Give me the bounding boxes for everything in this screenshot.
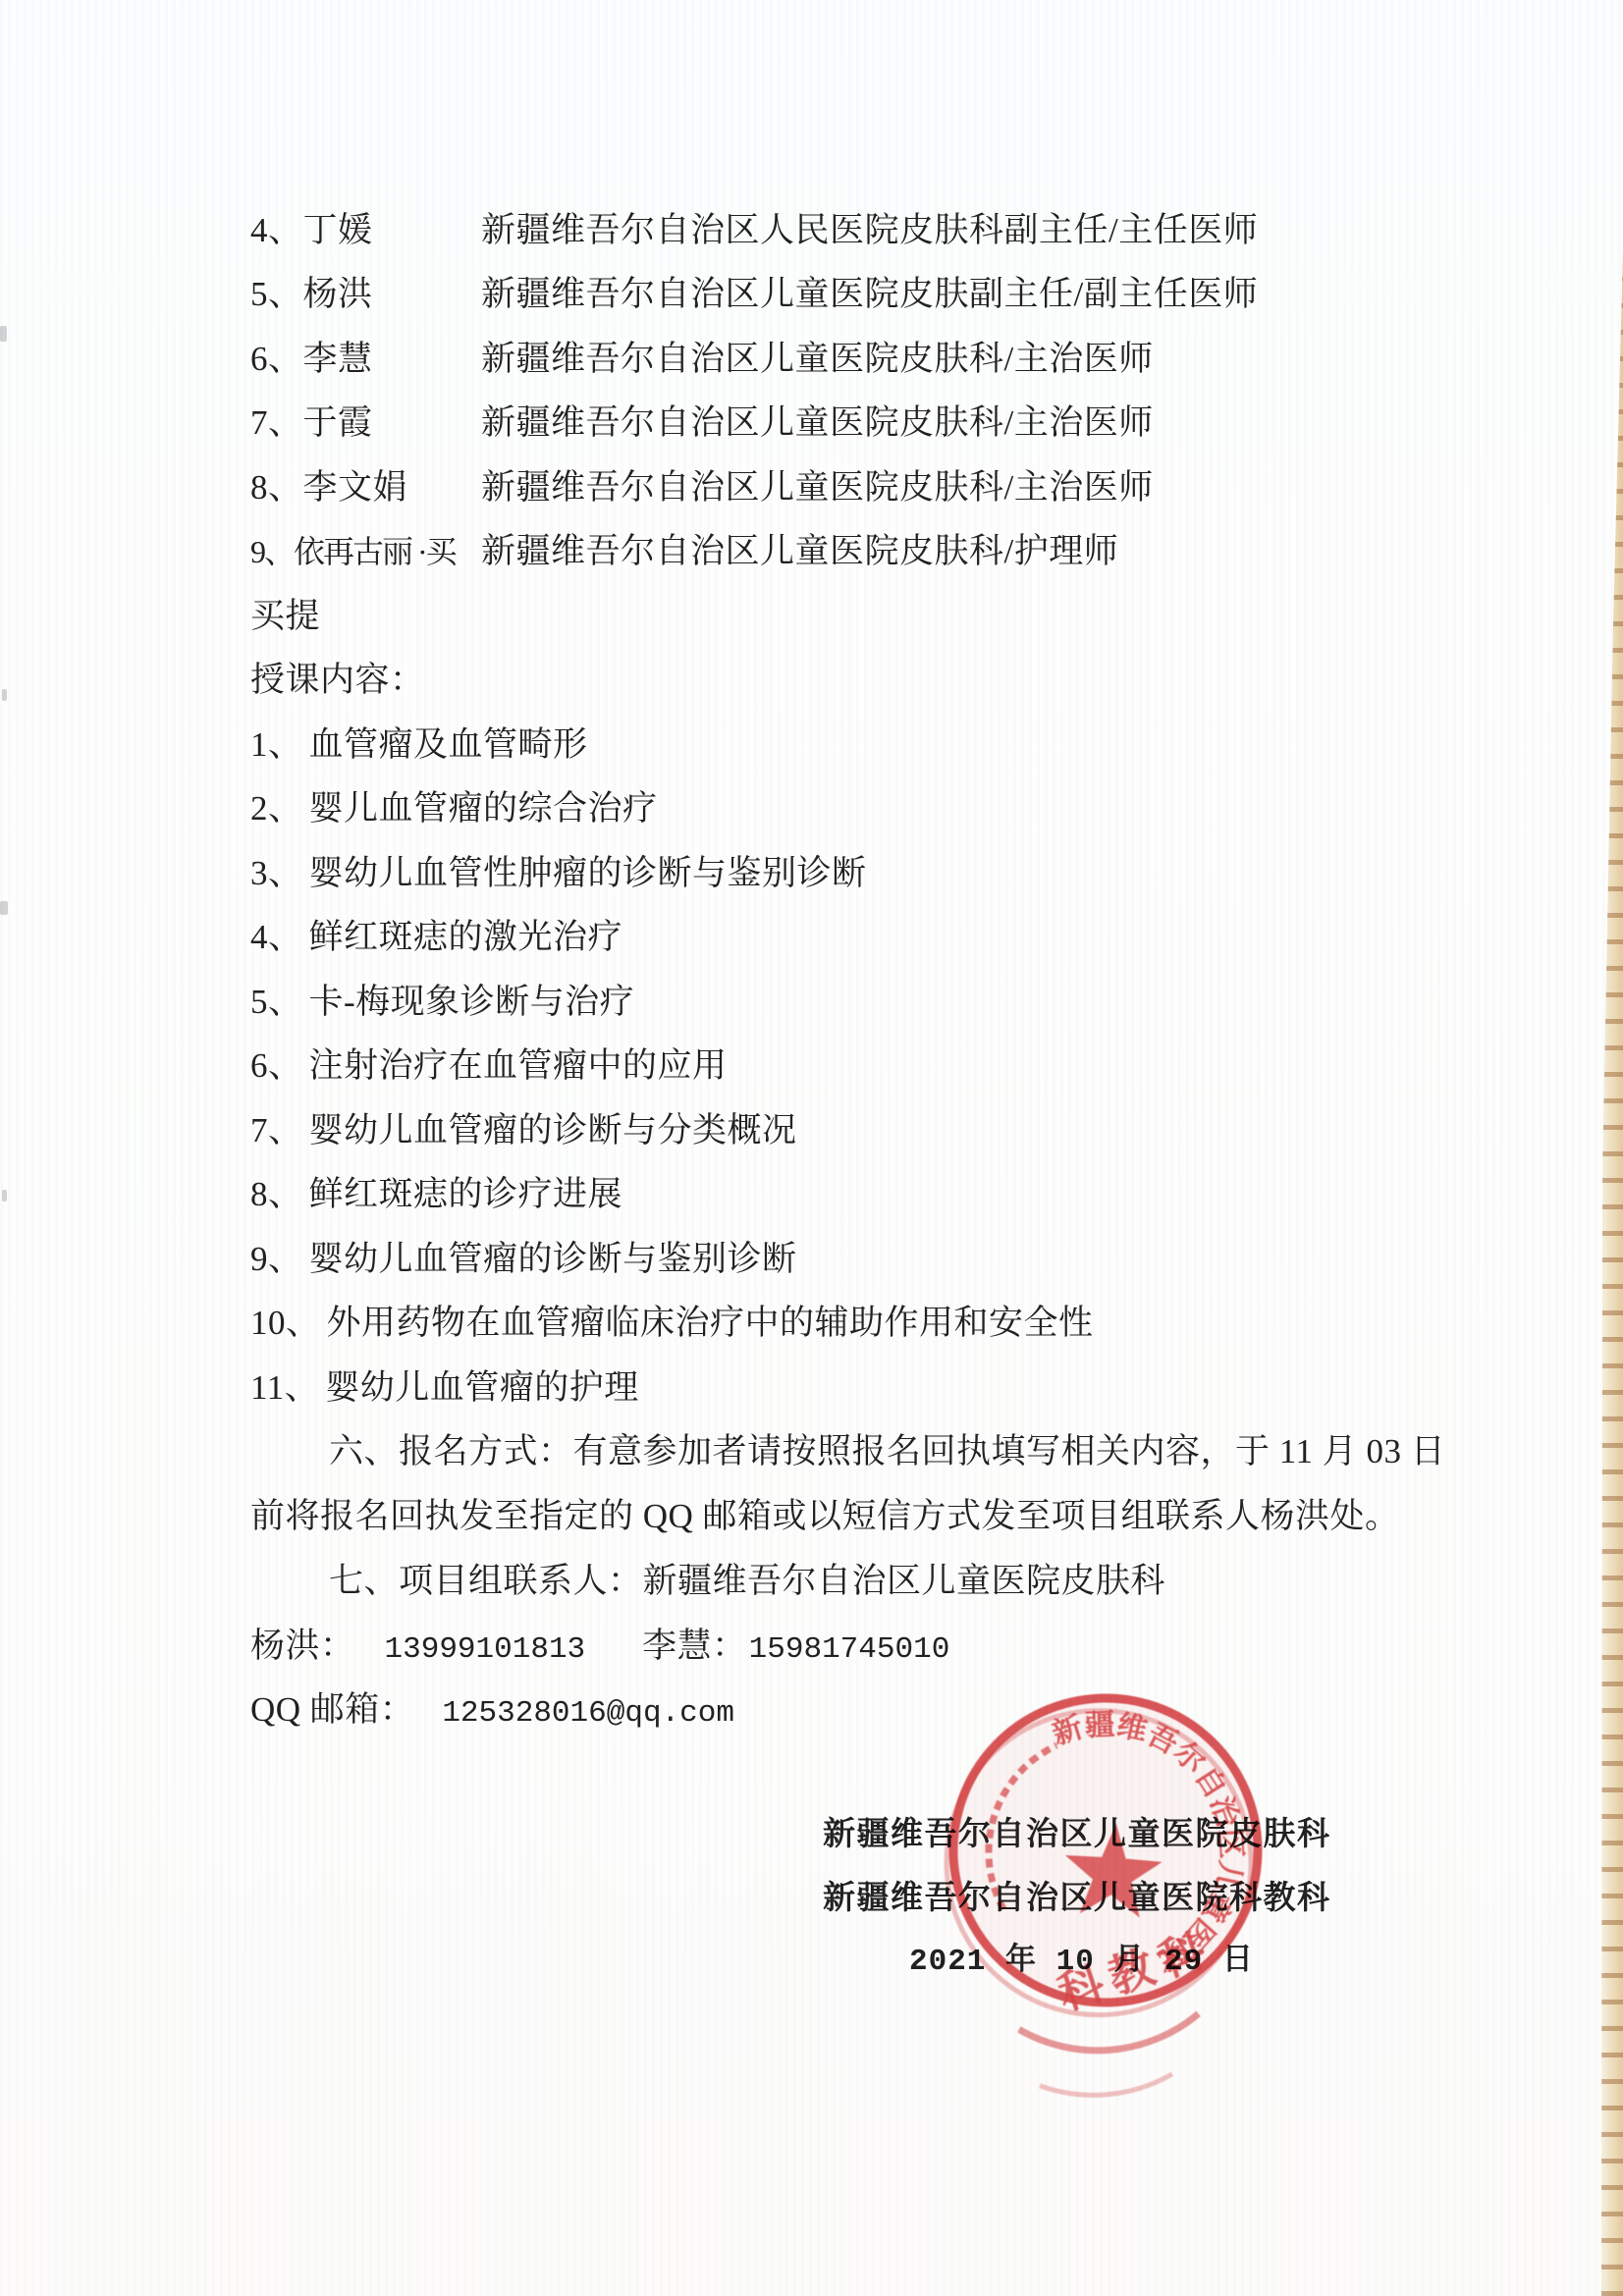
lecturer-affiliation: 新疆维吾尔自治区人民医院皮肤科副主任/主任医师 [481, 211, 1258, 249]
lecturer-name-cell: 5、杨洪 [250, 272, 481, 317]
lecture-item-text: 婴幼儿血管瘤的诊断与鉴别诊断 [309, 1240, 797, 1278]
lecture-item: 10、外用药物在血管瘤临床治疗中的辅助作用和安全性 [250, 1301, 1094, 1346]
lecture-item-number: 2、 [250, 789, 303, 828]
lecture-item-number: 4、 [250, 918, 303, 956]
lecture-item-number: 7、 [250, 1111, 303, 1149]
lecture-item-number: 11、 [250, 1368, 319, 1407]
lecture-item-text: 鲜红斑痣的诊疗进展 [309, 1175, 623, 1213]
lecture-item: 1、血管瘤及血管畸形 [250, 722, 588, 768]
seal-ghost-arc [1040, 2074, 1173, 2101]
lecturer-number: 8、 [250, 468, 303, 507]
lecture-item: 8、鲜红斑痣的诊疗进展 [250, 1172, 622, 1217]
contact-name-label: 李慧： [642, 1627, 747, 1665]
lecturer-row: 4、丁媛新疆维吾尔自治区人民医院皮肤科副主任/主任医师 [250, 208, 1258, 253]
contact-name-label: 杨洪： [250, 1627, 355, 1665]
project-contact-paragraph: 七、项目组联系人：新疆维吾尔自治区儿童医院皮肤科 [329, 1559, 1165, 1604]
lecture-item: 3、婴幼儿血管性肿瘤的诊断与鉴别诊断 [250, 851, 867, 896]
lecturer-row: 6、李慧新疆维吾尔自治区儿童医院皮肤科/主治医师 [250, 337, 1154, 382]
lecture-item-number: 1、 [250, 725, 303, 764]
scan-speck [2, 689, 7, 701]
lecture-item-number: 6、 [250, 1046, 303, 1085]
lecturer-name: 于霞 [303, 403, 373, 442]
lecturer-name-cell: 6、李慧 [250, 337, 481, 382]
lecture-item: 5、卡-梅现象诊断与治疗 [250, 980, 634, 1025]
lecturer-affiliation: 新疆维吾尔自治区儿童医院皮肤副主任/副主任医师 [481, 275, 1258, 313]
signature-department-line: 新疆维吾尔自治区儿童医院科教科 [823, 1876, 1331, 1921]
lecturer-affiliation: 新疆维吾尔自治区儿童医院皮肤科/主治医师 [481, 403, 1154, 442]
lecture-item: 6、注射治疗在血管瘤中的应用 [250, 1043, 728, 1089]
lecturer-name: 李慧 [303, 340, 373, 378]
lecturer-name: 杨洪 [303, 275, 373, 313]
lecturer-name-cell: 8、李文娟 [250, 465, 481, 510]
seal-ghost-arc [1019, 2013, 1201, 2057]
lecture-item-text: 注射治疗在血管瘤中的应用 [309, 1046, 728, 1085]
contact-phone-line: 杨洪：13999101813李慧：15981745010 [250, 1624, 949, 1673]
qq-email-label: QQ 邮箱： [250, 1690, 414, 1729]
lecturer-number: 7、 [250, 403, 303, 442]
lecturer-row: 8、李文娟新疆维吾尔自治区儿童医院皮肤科/主治医师 [250, 465, 1154, 510]
lecture-item-number: 10、 [250, 1304, 321, 1342]
lecturer-number: 6、 [250, 340, 303, 378]
contact-phone-number: 13999101813 [385, 1632, 586, 1667]
signature-department-line: 新疆维吾尔自治区儿童医院皮肤科 [823, 1812, 1331, 1857]
lecture-item-number: 8、 [250, 1175, 303, 1213]
registration-paragraph-line2: 前将报名回执发至指定的 QQ 邮箱或以短信方式发至项目组联系人杨洪处。 [250, 1494, 1400, 1539]
lecture-item-text: 卡-梅现象诊断与治疗 [309, 983, 635, 1021]
lecture-item-text: 外用药物在血管瘤临床治疗中的辅助作用和安全性 [327, 1304, 1094, 1342]
scan-speck [2, 1190, 7, 1201]
lecture-item-text: 婴幼儿血管瘤的诊断与分类概况 [309, 1111, 797, 1149]
lecturer-name-cell: 7、于霞 [250, 400, 481, 446]
scan-speck [0, 326, 7, 342]
lecturer-name: 丁媛 [303, 211, 373, 249]
signature-date: 2021 年 10 月 29 日 [909, 1940, 1254, 1985]
qq-email-address: 125328016@qq.com [442, 1696, 734, 1731]
desk-edge [1601, 250, 1623, 2296]
scanned-document-page: 4、丁媛新疆维吾尔自治区人民医院皮肤科副主任/主任医师 5、杨洪新疆维吾尔自治区… [0, 0, 1623, 2296]
lecturer-row: 5、杨洪新疆维吾尔自治区儿童医院皮肤副主任/副主任医师 [250, 272, 1258, 317]
lecturer-name-wrap: 买提 [250, 594, 320, 639]
lecture-item-text: 鲜红斑痣的激光治疗 [309, 918, 623, 956]
contact-phone-number: 15981745010 [749, 1632, 950, 1667]
lecturer-number: 5、 [250, 275, 303, 313]
lecturer-affiliation: 新疆维吾尔自治区儿童医院皮肤科/主治医师 [481, 468, 1154, 507]
lecture-item: 9、婴幼儿血管瘤的诊断与鉴别诊断 [250, 1237, 797, 1282]
lecturer-number: 4、 [250, 211, 303, 249]
lecture-item: 11、婴幼儿血管瘤的护理 [250, 1365, 639, 1411]
lecture-item: 2、婴儿血管瘤的综合治疗 [250, 786, 658, 831]
lecture-item-number: 3、 [250, 854, 303, 892]
lecture-item-text: 婴幼儿血管性肿瘤的诊断与鉴别诊断 [309, 854, 867, 892]
lecturer-affiliation: 新疆维吾尔自治区儿童医院皮肤科/护理师 [481, 532, 1118, 570]
lecturer-row: 9、依再古丽 ·买新疆维吾尔自治区儿童医院皮肤科/护理师 [250, 529, 1118, 574]
lecture-item-number: 9、 [250, 1240, 303, 1278]
lecture-item-text: 血管瘤及血管畸形 [309, 725, 588, 764]
lecture-item: 7、婴幼儿血管瘤的诊断与分类概况 [250, 1108, 797, 1153]
lecture-item: 4、鲜红斑痣的激光治疗 [250, 915, 622, 960]
lecture-item-text: 婴幼儿血管瘤的护理 [325, 1368, 639, 1407]
lecturer-row: 7、于霞新疆维吾尔自治区儿童医院皮肤科/主治医师 [250, 400, 1154, 446]
qq-email-line: QQ 邮箱：125328016@qq.com [250, 1687, 734, 1736]
lecturer-name: 李文娟 [303, 468, 408, 507]
lecturer-name-cell: 4、丁媛 [250, 208, 481, 253]
registration-paragraph-line1: 六、报名方式：有意参加者请按照报名回执填写相关内容，于 11 月 03 日 [329, 1429, 1445, 1474]
lecture-heading: 授课内容： [250, 658, 425, 703]
lecture-item-number: 5、 [250, 983, 303, 1021]
scan-speck [0, 901, 8, 915]
lecturer-number: 9、 [250, 534, 294, 569]
lecturer-name: 依再古丽 ·买 [294, 534, 456, 569]
lecturer-affiliation: 新疆维吾尔自治区儿童医院皮肤科/主治医师 [481, 340, 1154, 378]
lecturer-name-cell: 9、依再古丽 ·买 [250, 529, 481, 574]
lecture-item-text: 婴儿血管瘤的综合治疗 [309, 789, 658, 828]
